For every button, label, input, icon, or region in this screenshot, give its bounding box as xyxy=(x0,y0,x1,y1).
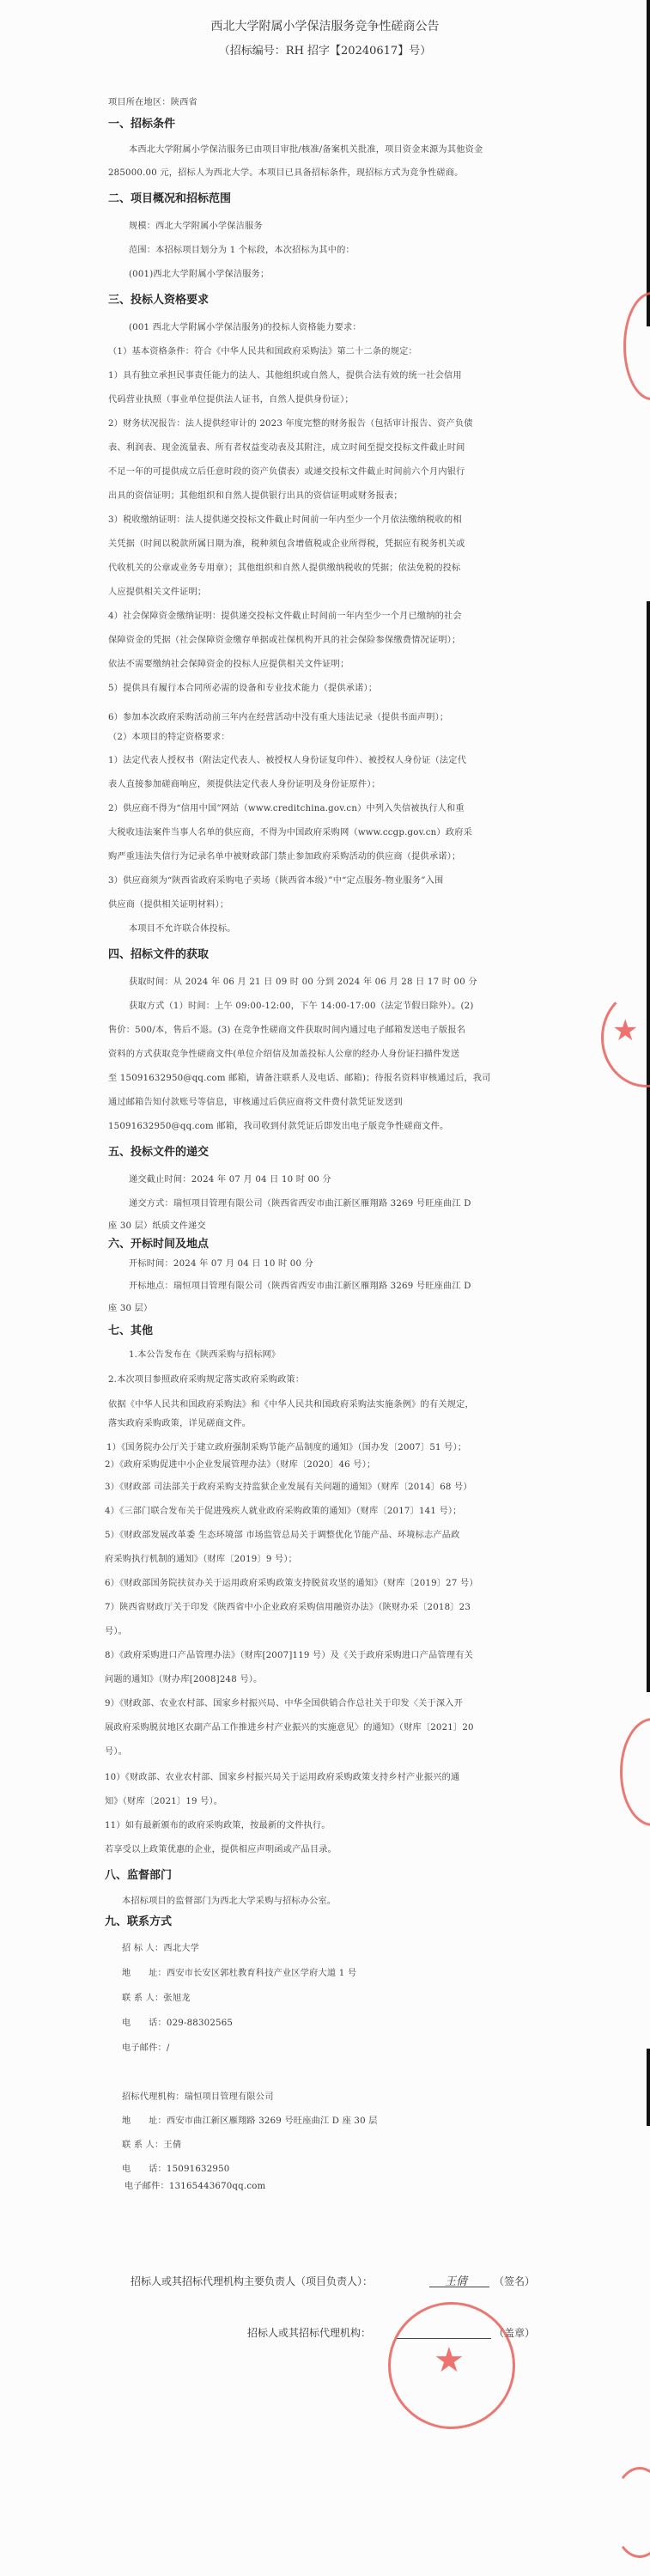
scan-edge xyxy=(647,2049,650,2126)
text-line: 号）。 xyxy=(105,1623,127,1636)
text-line: 本招标项目的监督部门为西北大学采购与招标办公室。 xyxy=(122,1893,336,1906)
text-line: 4）《三部门联合发布关于促进残疾人就业政府采购政策的通知》（财库〔2017〕14… xyxy=(105,1503,462,1516)
text-line: 递交方式：瑞恒项目管理有限公司（陕西省西安市曲江新区雁翔路 3269 号旺座曲江… xyxy=(129,1196,471,1209)
text-line: 6）《财政部国务院扶贫办关于运用政府采购政策支持脱贫攻坚的通知》（财库〔2019… xyxy=(105,1575,478,1588)
tenderer-phone: 电 话：029-88302565 xyxy=(122,2015,233,2028)
seam-stamp xyxy=(620,1718,650,1826)
agency-address: 地 址：西安市曲江新区雁翔路 3269 号旺座曲江 D 座 30 层 xyxy=(122,2113,378,2126)
seam-stamp xyxy=(611,2467,650,2558)
project-region: 项目所在地区：陕西省 xyxy=(108,94,197,107)
text-line: 5）《财政部发展改革委 生态环境部 市场监管总局关于调整优化节能产品、环境标志产… xyxy=(105,1527,460,1540)
text-line: 代收机关的公章或业务专用章）；其他组织和自然人提供缴纳税收的凭据；依法免税的投标 xyxy=(108,560,460,573)
text-line: 2.本次项目参照政府采购规定落实政府采购政策： xyxy=(108,1372,304,1385)
text-line: 本项目不允许联合体投标。 xyxy=(129,921,236,934)
text-line: 8）《政府采购进口产品管理办法》（财库[2007]119 号）及《关于政府采购进… xyxy=(105,1647,473,1660)
text-line: 1）具有独立承担民事责任能力的法人、其他组织或自然人，提供合法有效的统一社会信用 xyxy=(108,368,462,381)
agency-email: 电子邮件：13165443670qq.com xyxy=(125,2178,265,2191)
text-line: 代码营业执照（事业单位提供法人证书，自然人提供身份证）； xyxy=(108,392,354,405)
seam-stamp xyxy=(623,292,650,400)
text-line: 座 30 层） xyxy=(108,1300,152,1313)
text-line: 285000.00 元，招标人为西北大学。本项目已具备招标条件，现招标方式为竞争… xyxy=(108,165,464,178)
text-line: 展政府采购脱贫地区农副产品工作推进乡村产业振兴的实施意见〉的通知》（财库〔202… xyxy=(105,1720,474,1733)
text-line: 问题的通知》（财办库[2008]248 号）。 xyxy=(105,1672,262,1684)
text-line: 大税收违法案件当事人名单的供应商，不得为中国政府采购网（www.ccgp.gov… xyxy=(108,825,472,837)
text-line: 资料的方式获取竞争性磋商文件(单位介绍信及加盖投标人公章的经办人身份证扫描件发送 xyxy=(108,1046,459,1059)
agency-contact: 联 系 人：王倩 xyxy=(122,2137,181,2150)
text-line: 3）《财政部 司法部关于政府采购支持监狱企业发展有关问题的通知》（财库〔2014… xyxy=(105,1479,472,1492)
section-heading: 八、监督部门 xyxy=(105,1866,172,1882)
agency-phone: 电 话：15091632950 xyxy=(122,2161,229,2174)
text-line: 通过邮箱告知付款账号等信息，审核通过后供应商将文件费付款凭证发送到 xyxy=(108,1094,403,1107)
signature-person-suffix: （签名） xyxy=(494,2274,535,2288)
text-line: 2）财务状况报告：法人提供经审计的 2023 年度完整的财务报告（包括审计报告、… xyxy=(108,416,473,429)
seal-star-icon: ★ xyxy=(434,2343,465,2378)
text-line: 不足一年的可提供成立后任意时段的资产负债表）或递交投标文件截止时间前六个月内银行 xyxy=(108,464,465,477)
text-line: 15091632950@qq.com 邮箱，我司收到付款凭证后即发出电子版竞争性… xyxy=(108,1118,448,1131)
text-line: 依据《中华人民共和国政府采购法》和《中华人民共和国政府采购法实施条例》的有关规定… xyxy=(108,1397,474,1410)
seam-stamp: ★ xyxy=(601,988,650,1087)
text-line: 知》（财库〔2021〕19 号）。 xyxy=(105,1793,222,1806)
text-line: 关凭据（时间以税款所属日期为准，税种须包含增值税或企业所得税，凭据应有税务机关或 xyxy=(108,536,465,549)
text-line: （1）基本资格条件：符合《中华人民共和国政府采购法》第二十二条的规定： xyxy=(108,344,417,356)
text-line: 6）参加本次政府采购活动前三年内在经营活动中没有重大违法记录（提供书面声明）； xyxy=(108,709,448,722)
text-line: 5）提供具有履行本合同所必需的设备和专业技术能力（提供承诺）； xyxy=(108,680,377,693)
text-line: 依法不需要缴纳社会保障资金的投标人应提供相关文件证明； xyxy=(108,656,349,669)
tender-code: （招标编号：RH 招字【20240617】号） xyxy=(0,41,650,58)
text-line: 出具的资信证明；其他组织和自然人提供银行出具的资信证明或财务报表； xyxy=(108,488,403,501)
text-line: (001 西北大学附属小学保洁服务)的投标人资格能力要求： xyxy=(129,320,361,332)
text-line: 获取时间：从 2024 年 06 月 21 日 09 时 00 分到 2024 … xyxy=(129,974,477,987)
company-seal: ★ xyxy=(388,2302,515,2429)
handwritten-signature: 王倩 xyxy=(445,2272,467,2288)
signature-person-label: 招标人或其招标代理机构主要负责人（项目负责人）： xyxy=(131,2274,373,2288)
text-line: 9）《财政部、农业农村部、国家乡村振兴局、中华全国供销合作总社关于印发〈关于深入… xyxy=(105,1696,463,1708)
text-line: 7）陕西省财政厅关于印发《陕西省中小企业政府采购信用融资办法》（陕财办采〔201… xyxy=(105,1599,471,1612)
section-heading: 七、其他 xyxy=(108,1321,153,1337)
tenderer-name: 招 标 人：西北大学 xyxy=(122,1940,199,1953)
text-line: 府采购执行机制的通知》（财库〔2019〕9 号）； xyxy=(105,1551,297,1564)
section-heading: 二、项目概况和招标范围 xyxy=(108,189,231,205)
tenderer-address: 地 址：西安市长安区郭杜教育科技产业区学府大道 1 号 xyxy=(122,1965,356,1978)
text-line: 范围：本招标项目划分为 1 个标段，本次招标为其中的： xyxy=(129,242,355,255)
text-line: 获取方式（1）时间：上午 09:00-12:00，下午 14:00-17:00（… xyxy=(129,998,474,1011)
text-line: 购严重违法失信行为记录名单中被财政部门禁止参加政府采购活动的供应商（提供承诺）； xyxy=(108,849,460,862)
text-line: 售价：500/本，售后不退。(3) 在竞争性磋商文件获取时间内通过电子邮箱发送电… xyxy=(108,1022,465,1035)
signature-org-label: 招标人或其招标代理机构： xyxy=(247,2325,371,2340)
tenderer-email: 电子邮件：/ xyxy=(122,2040,170,2053)
text-line: 2）供应商不得为“信用中国”网站（www.creditchina.gov.cn）… xyxy=(108,801,465,813)
scan-edge xyxy=(647,601,650,1692)
seal-star-icon: ★ xyxy=(612,1016,638,1045)
text-line: 人应提供相关文件证明； xyxy=(108,584,206,597)
text-line: 递交截止时间：2024 年 07 月 04 日 10 时 00 分 xyxy=(129,1172,331,1184)
agency-name: 招标代理机构：瑞恒项目管理有限公司 xyxy=(122,2089,274,2102)
text-line: 若享受以上政策优惠的企业，提供相应声明函或产品目录。 xyxy=(105,1842,337,1854)
section-heading: 六、开标时间及地点 xyxy=(108,1234,209,1251)
section-heading: 五、投标文件的递交 xyxy=(108,1142,209,1159)
text-line: 供应商（提供相关证明材料）； xyxy=(108,897,228,910)
text-line: 4）社会保障资金缴纳证明：提供递交投标文件截止时间前一年内至少一个月已缴纳的社会 xyxy=(108,608,462,621)
text-line: 1）《国务院办公厅关于建立政府强制采购节能产品制度的通知》（国办发〔2007〕5… xyxy=(106,1440,466,1452)
text-line: 11）如有最新颁布的政府采购政策，按最新的文件执行。 xyxy=(105,1818,331,1830)
section-heading: 四、招标文件的获取 xyxy=(108,945,209,961)
text-line: （2）本项目的特定资格要求： xyxy=(108,729,230,742)
section-heading: 一、招标条件 xyxy=(108,114,175,131)
text-line: 表人直接参加磋商响应，须提供法定代表人身份证明及身份证原件）； xyxy=(108,776,380,789)
text-line: 1.本公告发布在《陕西采购与招标网》 xyxy=(129,1347,280,1360)
section-heading: 三、投标人资格要求 xyxy=(108,290,209,307)
text-line: 保障资金的凭据（社会保障资金缴存单据或社保机构开具的社会保险参保缴费情况证明）； xyxy=(108,632,460,645)
text-line: 3）税收缴纳证明：法人提供递交投标文件截止时间前一年内至少一个月依法缴纳税收的相 xyxy=(108,512,462,525)
text-line: 开标地点：瑞恒项目管理有限公司（陕西省西安市曲江新区雁翔路 3269 号旺座曲江… xyxy=(129,1278,471,1291)
text-line: 1）法定代表人授权书（附法定代表人、被授权人身份证复印件）、被授权人身份证（法定… xyxy=(108,752,466,765)
document-page: 西北大学附属小学保洁服务竞争性磋商公告 （招标编号：RH 招字【20240617… xyxy=(0,0,650,2576)
text-line: 本西北大学附属小学保洁服务已由项目审批/核准/备案机关批准，项目资金来源为其他资… xyxy=(129,142,483,155)
section-heading: 九、联系方式 xyxy=(105,1912,172,1928)
text-line: (001)西北大学附属小学保洁服务； xyxy=(129,266,269,279)
text-line: 座 30 层）纸质文件递交 xyxy=(108,1218,206,1231)
document-title: 西北大学附属小学保洁服务竞争性磋商公告 xyxy=(0,17,650,34)
text-line: 10）《财政部、农业农村部、国家乡村振兴局关于运用政府采购政策支持乡村产业振兴的… xyxy=(105,1769,459,1782)
text-line: 3）供应商须为“陕西省政府采购电子卖场（陕西省本级）”中“定点服务-物业服务”入… xyxy=(108,873,443,886)
text-line: 至 15091632950@qq.com 邮箱，请备注联系人及电话、邮箱)；待报… xyxy=(108,1070,491,1083)
text-line: 落实政府采购政策，详见磋商文件。 xyxy=(108,1416,251,1428)
text-line: 开标时间：2024 年 07 月 04 日 10 时 00 分 xyxy=(129,1256,313,1269)
text-line: 表、利润表、现金流量表、所有者权益变动表及其附注，成立时间至提交投标文件截止时间 xyxy=(108,440,465,453)
text-line: 规模：西北大学附属小学保洁服务 xyxy=(129,218,263,231)
tenderer-contact: 联 系 人：张旭龙 xyxy=(122,1990,191,2003)
text-line: 2）《政府采购促进中小企业发展管理办法》（财库〔2020〕46 号）； xyxy=(105,1457,375,1470)
text-line: 号）。 xyxy=(105,1744,127,1757)
